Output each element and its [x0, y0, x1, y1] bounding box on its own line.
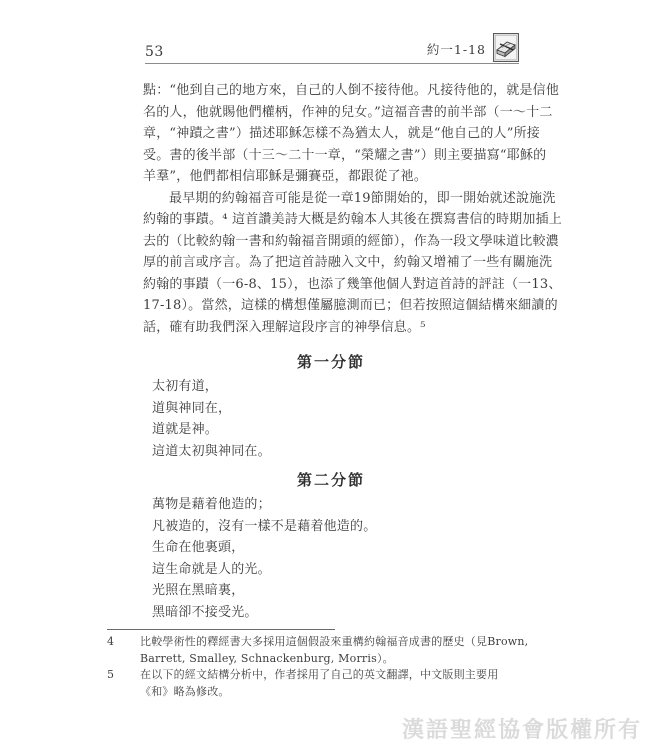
footnote-line: Barrett, Smalley, Schnackenburg, Morris）…	[140, 651, 528, 668]
book-page: 53 約一1-18 點：“他到自己的地方來，自己的人倒不接待他。凡接待他的，就是…	[0, 0, 650, 750]
text-line: 約翰的事蹟（一6-8、15），也添了幾筆他個人對這首詩的評註（一13、	[143, 274, 519, 296]
page-header: 53 約一1-18	[145, 30, 519, 62]
text-line: 去的（比較約翰一書和約翰福音開頭的經節），作為一段文學味道比較濃	[143, 231, 519, 253]
header-divider	[145, 63, 519, 64]
section-heading-1: 第一分節	[143, 352, 519, 374]
verse-line: 生命在他裏頭，	[143, 537, 519, 559]
footnote-divider	[107, 629, 335, 630]
header-right: 約一1-18	[427, 33, 519, 62]
footnote-number: 4	[107, 634, 140, 667]
verse-line: 道就是神。	[143, 419, 519, 441]
footnote-line: 《和》略為修改。	[140, 684, 517, 701]
book-icon	[493, 33, 519, 62]
text-line: 章，“神蹟之書”）描述耶穌怎樣不為猶太人，就是“他自己的人”所接	[143, 123, 519, 145]
footnote-5: 5 在以下的經文結構分析中，作者採用了自己的英文翻譯，中文版則主要用 《和》略為…	[107, 667, 517, 700]
text-line: 最早期的約翰福音可能是從一章19節開始的，即一開始就述說施洗	[143, 188, 519, 210]
text-line: 羊羣”，他們都相信耶穌是彌賽亞，都跟從了祂。	[143, 166, 519, 188]
text-line: 名的人，他就賜他們權柄，作神的兒女。”這福音書的前半部（一～十二	[143, 102, 519, 124]
text-line: 厚的前言或序言。為了把這首詩融入文中，約翰又增補了一些有關施洗	[143, 252, 519, 274]
text-line: 話，確有助我們深入理解這段序言的神學信息。⁵	[143, 317, 519, 339]
footnote-4: 4 比較學術性的釋經書大多採用這個假設來重構約翰福音成書的歷史（見Brown, …	[107, 634, 517, 667]
footnote-number: 5	[107, 667, 140, 700]
verse-line: 道與神同在，	[143, 398, 519, 420]
scripture-reference: 約一1-18	[427, 40, 486, 62]
verse-line: 這生命就是人的光。	[143, 559, 519, 581]
footnote-line: 在以下的經文結構分析中，作者採用了自己的英文翻譯，中文版則主要用	[140, 667, 517, 684]
footnote-text: 比較學術性的釋經書大多採用這個假設來重構約翰福音成書的歷史（見Brown, Ba…	[140, 634, 528, 667]
verse-line: 黑暗卻不接受光。	[143, 602, 519, 624]
page-number: 53	[145, 44, 164, 62]
verse-line: 這道太初與神同在。	[143, 441, 519, 463]
text-line: 17-18）。當然，這樣的構想僅屬臆測而已；但若按照這個結構來細讀的	[143, 295, 519, 317]
text-line: 點：“他到自己的地方來，自己的人倒不接待他。凡接待他的，就是信他	[143, 80, 519, 102]
verse-block-2: 萬物是藉着他造的； 凡被造的，沒有一樣不是藉着他造的。 生命在他裏頭， 這生命就…	[143, 494, 519, 623]
text-line: 受。書的後半部（十三～二十一章，“榮耀之書”）則主要描寫“耶穌的	[143, 145, 519, 167]
verse-line: 凡被造的，沒有一樣不是藉着他造的。	[143, 516, 519, 538]
verse-block-1: 太初有道， 道與神同在， 道就是神。 這道太初與神同在。	[143, 376, 519, 462]
footnote-line: 比較學術性的釋經書大多採用這個假設來重構約翰福音成書的歷史（見Brown,	[140, 634, 528, 651]
text-line: 約翰的事蹟。⁴ 這首讚美詩大概是約翰本人其後在撰寫書信的時期加插上	[143, 209, 519, 231]
footnote-area: 4 比較學術性的釋經書大多採用這個假設來重構約翰福音成書的歷史（見Brown, …	[107, 629, 517, 700]
section-heading-2: 第二分節	[143, 470, 519, 492]
verse-line: 萬物是藉着他造的；	[143, 494, 519, 516]
body-text: 點：“他到自己的地方來，自己的人倒不接待他。凡接待他的，就是信他 名的人，他就賜…	[143, 80, 519, 623]
verse-line: 光照在黑暗裏，	[143, 580, 519, 602]
verse-line: 太初有道，	[143, 376, 519, 398]
footnote-text: 在以下的經文結構分析中，作者採用了自己的英文翻譯，中文版則主要用 《和》略為修改…	[140, 667, 517, 700]
publisher-watermark: 漢語聖經協會版權所有	[402, 713, 642, 744]
